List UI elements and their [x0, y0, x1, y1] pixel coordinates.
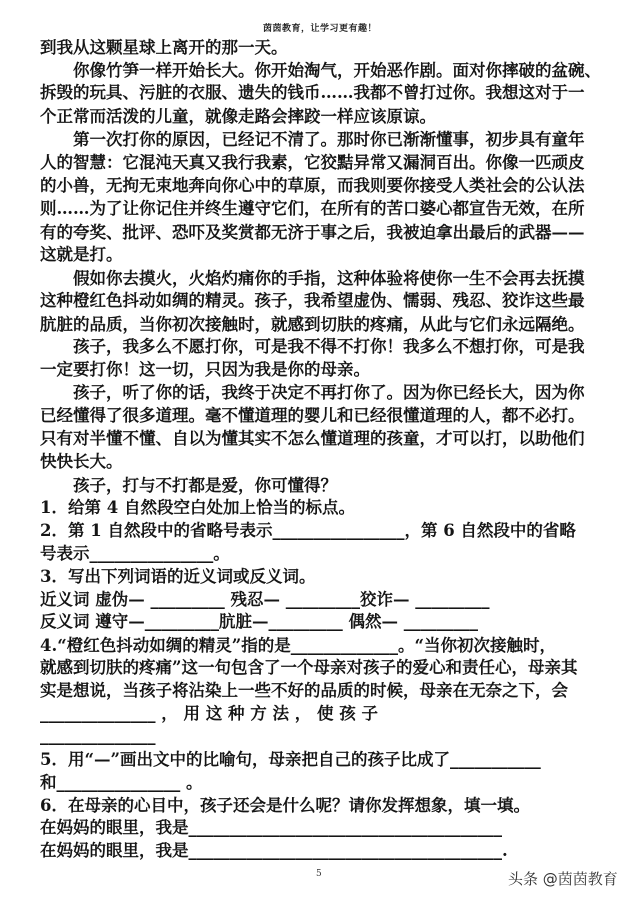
watermark: 头条 @茵茵教育	[508, 868, 618, 889]
paragraph-line: 人的智慧：它混沌天真又我行我素，它狡黠异常又漏洞百出。你像一匹顽皮	[40, 153, 610, 173]
paragraph-line: 肮脏的品质，当你初次接触时，就感到切肤的疼痛，从此与它们永远隔绝。	[40, 315, 610, 335]
page-header: 茵茵教育，让学习更有趣！	[0, 21, 640, 34]
question-line: 实是想说，当孩子将沾染上一些不好的品质的时候，母亲在无奈之下，会	[40, 681, 610, 701]
paragraph-line: 孩子，我多么不愿打你，可是我不得不打你！我多么不想打你，可是我	[40, 337, 610, 357]
question-line: 就感到切肤的疼痛”这一句包含了一个母亲对孩子的爱心和责任心，母亲其	[40, 658, 610, 678]
paragraph-line: 有的夸奖、批评、恐吓及奖赏都无济于事之后，我被迫拿出最后的武器——	[40, 223, 610, 243]
paragraph-line: 孩子，听了你的话，我终于决定不再打你了。因为你已经长大，因为你	[40, 383, 610, 403]
question-line: ______________ ， 用 这 种 方 法 ， 使 孩 子	[40, 704, 610, 724]
question-line: 3．写出下列词语的近义词或反义词。	[40, 567, 610, 587]
paragraph-line: 这就是打。	[40, 245, 610, 265]
paragraph-line: 第一次打你的原因，已经记不清了。那时你已渐渐懂事，初步具有童年	[40, 130, 610, 150]
paragraph-line: 这种橙红色抖动如绸的精灵。孩子，我希望虚伪、懦弱、残忍、狡诈这些最	[40, 291, 610, 311]
question-line: 号表示_______________。	[40, 544, 610, 564]
paragraph-line: 已经懂得了很多道理。毫不懂道理的婴儿和已经很懂道理的人，都不必打。	[40, 406, 610, 426]
question-line: 2．第 1 自然段中的省略号表示________________，第 6 自然段…	[40, 521, 610, 541]
paragraph-line: 只有对半懂不懂、自以为懂其实不怎么懂道理的孩童，才可以打，以助他们	[40, 429, 610, 449]
page-number: 5	[316, 869, 322, 879]
question-line: 反义词 遵守—_________肮脏—_________ 偶然— _______…	[40, 612, 610, 632]
paragraph-line: 个正常而活泼的儿童，就像走路会摔跤一样应该原谅。	[40, 107, 610, 127]
paragraph-line: 的小兽，无拘无束地奔向你心中的草原，而我则要你接受人类社会的公认法	[40, 176, 610, 196]
question-line: 近义词 虚伪— _________ 残忍— _________狡诈— _____…	[40, 590, 610, 610]
question-line: 和_______________ 。	[40, 773, 610, 793]
question-line: 在妈妈的眼里，我是_______________________________…	[40, 818, 610, 838]
paragraph-line: 你像竹笋一样开始长大。你开始淘气，开始恶作剧。面对你摔破的盆碗、	[40, 61, 610, 81]
paragraph-line: 拆毁的玩具、污脏的衣服、遗失的钱币……我都不曾打过你。我想这对于一	[40, 83, 610, 103]
question-line: ______________	[40, 726, 610, 746]
question-line: 5．用“—”画出文中的比喻句，母亲把自己的孩子比成了___________	[40, 750, 610, 770]
paragraph-line: 一定要打你！这一切，只因为我是你的母亲。	[40, 360, 610, 380]
question-line: 1．给第 4 自然段空白处加上恰当的标点。	[40, 498, 610, 518]
paragraph-line: 孩子，打与不打都是爱，你可懂得？	[40, 476, 610, 496]
paragraph-line: 到我从这颗星球上离开的那一天。	[40, 38, 610, 58]
paragraph-line: 快快长大。	[40, 452, 610, 472]
question-line: 6．在母亲的心目中，孩子还会是什么呢？请你发挥想象，填一填。	[40, 796, 610, 816]
paragraph-line: 假如你去摸火，火焰灼痛你的手指，这种体验将使你一生不会再去抚摸	[40, 269, 610, 289]
question-line: 在妈妈的眼里，我是_______________________________…	[40, 841, 610, 861]
question-line: 4.“橙红色抖动如绸的精灵”指的是_____________。“当你初次接触时，	[40, 636, 610, 656]
paragraph-line: 则……为了让你记住并终生遵守它们，在所有的苦口婆心都宣告无效，在所	[40, 199, 610, 219]
